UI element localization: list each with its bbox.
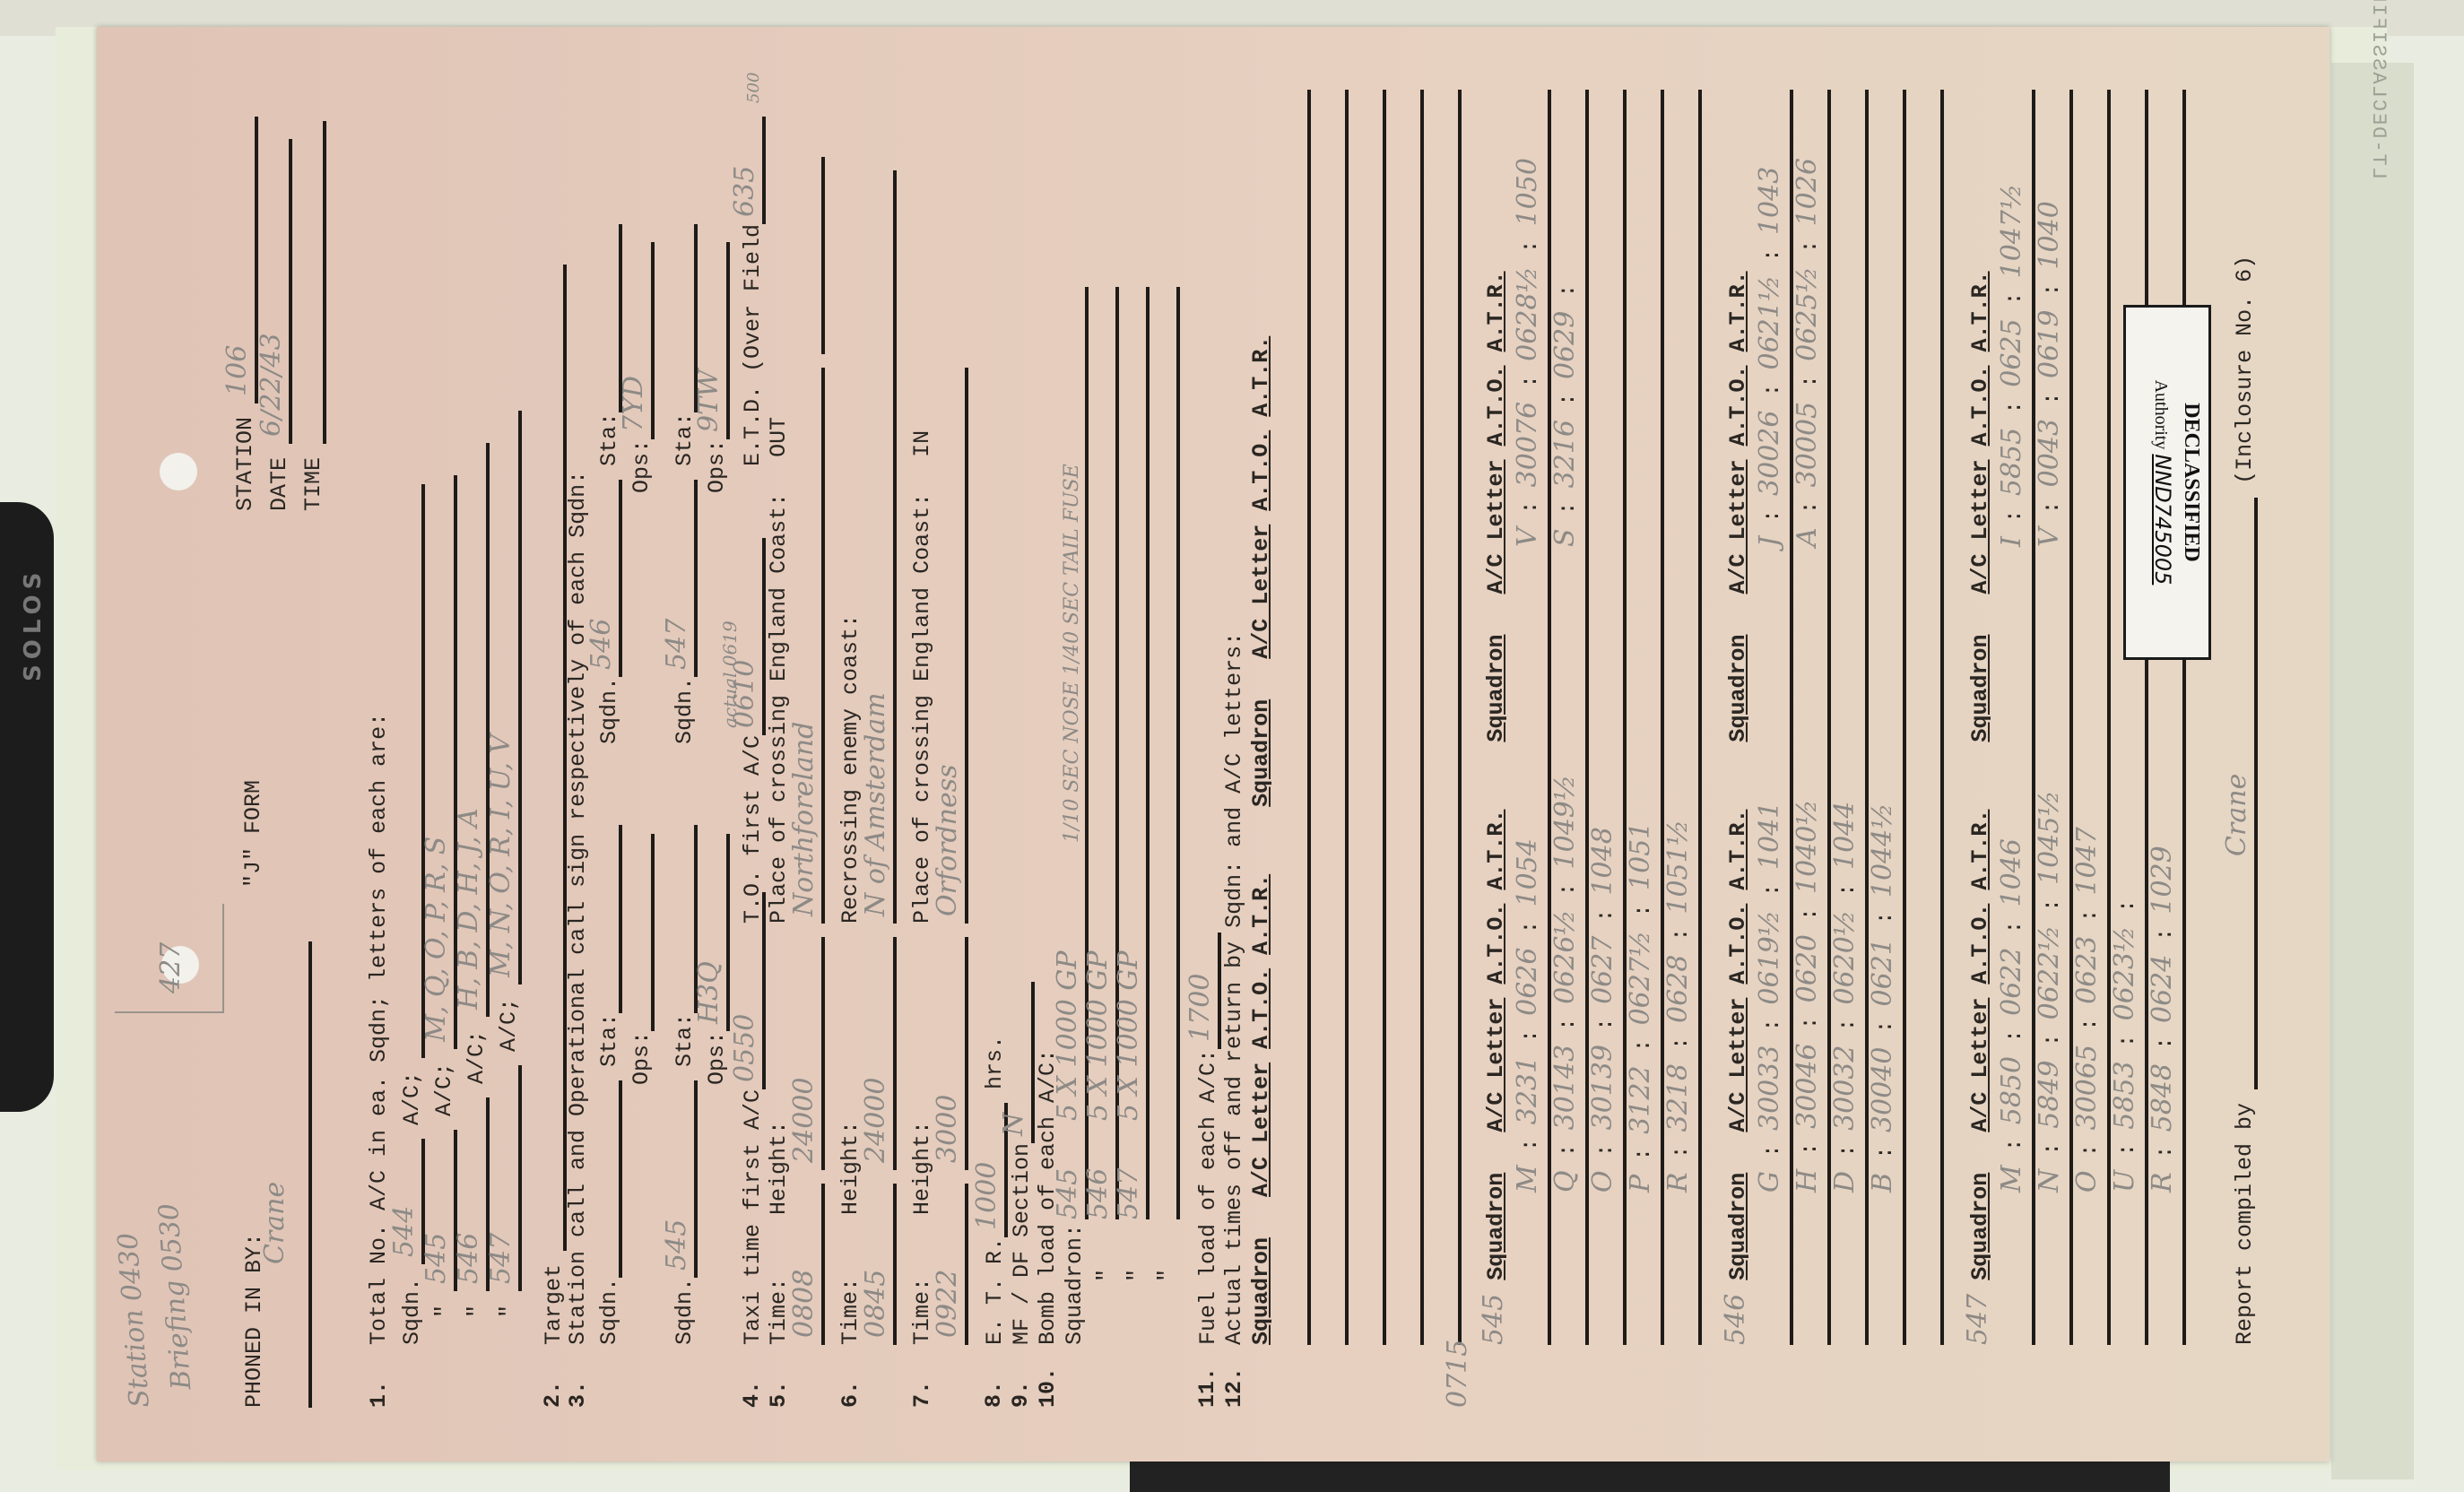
item-number: 3. [565,1381,591,1408]
report-compiled-field[interactable]: Report compiled by Crane (Inclosure No. … [2231,256,2258,1345]
item-number: 10. [1035,1367,1061,1408]
table-row[interactable]: Q : 30143 : 0626½ : 1049½ [1549,775,1589,1193]
table-row[interactable]: B : 30040 : 0621 : 1044½ [1867,803,1906,1193]
margin-box: 427 [115,904,224,1013]
table-rule [2145,90,2148,1345]
table-row[interactable]: V : 0043 : 0619 : 1040 [2034,201,2073,547]
table-row[interactable]: I : 5855 : 0625 : 1047½ [1996,184,2035,547]
table-rule [1940,90,1944,1345]
bomb-load-row[interactable]: " 5465 X 1000 GP [1092,287,1119,1282]
item-number: 12. [1221,1367,1247,1408]
item-3-label: Station call and Operational call sign r… [565,471,591,1345]
crossing-out-values[interactable]: 0808 24000 Northforeland [798,157,825,1345]
item-1-row[interactable]: " 547 A/C; M, N, O, R, I, U, V [495,411,522,1318]
times-table-header: 547 Squadron A/C Letter A.T.O. A.T.R. Sq… [1962,271,1993,1345]
margin-note: 0715 [1442,1340,2328,1408]
table-rule [1623,90,1627,1345]
table-rule [1420,90,1424,1345]
table-row[interactable]: M : 3231 : 0626 : 1054 [1512,838,1551,1193]
call-sign-entry[interactable]: Sqdn.545 Sta: [671,825,698,1345]
etr-field[interactable]: E. T. R.1000 hrs. [981,1036,1008,1345]
item-number: 9. [1008,1381,1034,1408]
recrossing-values[interactable]: 0845 24000 N of Amsterdam [870,170,897,1345]
table-row[interactable]: A : 30005 : 0625½ : 1026 [1792,158,1831,547]
table-rule [2032,90,2035,1345]
call-sign-entry[interactable]: Sqdn.546 Sta: [595,224,622,744]
camera-label: SOLOS [20,568,47,681]
bomb-load-squadron-label: Squadron: [1062,1224,1088,1345]
call-sign-entry[interactable]: Sqdn. Sta: [595,825,622,1345]
table-rule [1345,90,1349,1345]
item-12-label: Actual times off and return by Sqdn: and… [1221,632,1247,1345]
table-row[interactable]: H : 30046 : 0620 : 1040½ [1792,800,1831,1193]
table-row[interactable]: V : 30076 : 0628½ : 1050 [1512,158,1551,547]
table-rule [1307,90,1311,1345]
table-row[interactable]: D : 30032 : 0620½ : 1044 [1829,802,1869,1193]
phoned-in-by-field[interactable]: Crane [285,941,312,1408]
date-field[interactable]: DATE 6/22/43 [265,139,292,511]
table-rule [1661,90,1664,1345]
table-rule [2182,90,2186,1345]
table-row[interactable]: S : 3216 : 0629 : [1549,284,1589,547]
table-rule [1698,90,1702,1345]
stamp-title: DECLASSIFIED [2179,308,2203,657]
fuel-load-field[interactable]: Fuel load of each A/C:1700 [1194,932,1221,1345]
folder-strip [2331,63,2414,1479]
table-row[interactable]: N : 5849 : 0622½ : 1045½ [2034,790,2073,1193]
table-rule [2107,90,2111,1345]
table-row[interactable]: U : 5853 : 0623½ : [2109,899,2148,1193]
ops-field[interactable]: Ops:7YD [628,242,655,493]
margin-note: Station 0430 [112,1232,156,1409]
table-rule [1827,90,1831,1345]
folder-strip-text: LT-DECLASSIFIED THAT INFORMATION RELATIV… [2367,0,2390,179]
times-table-header: Squadron A/C Letter A.T.O. A.T.R. Squadr… [1248,336,1274,1345]
table-rule [1585,90,1589,1345]
table-rule [1548,90,1551,1345]
declassified-stamp: DECLASSIFIED Authority NND745005 [2123,305,2211,660]
mfdf-field[interactable]: MF / DF SectionN [1008,982,1035,1345]
crossing-in-values[interactable]: 0922 3000 Orfordness [941,368,968,1345]
item-number: 1. [366,1381,392,1408]
ops-field[interactable]: Ops:H3Q [703,834,730,1085]
table-row[interactable]: P : 3122 : 0627½ : 1051 [1625,822,1664,1193]
etd-field[interactable]: E.T.D. (Over Field635 500 [739,73,766,466]
table-rule [1903,90,1906,1345]
table-rule [1383,90,1386,1345]
item-number: 6. [837,1381,863,1408]
table-row[interactable]: J : 30026 : 0621½ : 1043 [1754,167,1793,547]
time-field[interactable]: TIME [299,121,326,511]
table-row[interactable]: G : 30033 : 0619½ : 1041 [1754,802,1793,1193]
item-number: 5. [766,1381,792,1408]
margin-note: Briefing 0530 [153,1202,197,1391]
table-rule [2069,90,2073,1345]
times-table-header: 545 Squadron A/C Letter A.T.O. A.T.R. Sq… [1478,271,1509,1345]
ops-field[interactable]: Ops:9TW [703,242,730,493]
bomb-load-row[interactable]: " [1153,287,1180,1282]
takeoff-field[interactable]: T.O. first A/C0610actual 0619 [739,538,766,924]
bomb-load-row[interactable]: " 5475 X 1000 GP [1123,287,1150,1282]
taxi-time-field[interactable]: Taxi time first A/C0550 [739,892,766,1345]
station-field[interactable]: STATION 106 [231,117,258,511]
item-number: 2. [540,1381,566,1408]
target-field[interactable]: Target [540,265,567,1345]
table-rule [1790,90,1793,1345]
table-row[interactable]: R : 5848 : 0624 : 1029 [2147,846,2186,1193]
form-title: "J" FORM [240,780,266,888]
table-row[interactable]: R : 3218 : 0628 : 1051½ [1662,820,1702,1193]
table-row[interactable]: M : 5850 : 0622 : 1046 [1996,838,2035,1193]
stamp-authority: Authority NND745005 [2150,308,2175,657]
item-number: 11. [1194,1367,1220,1408]
table-row[interactable]: O : 30065 : 0623 : 1047 [2071,827,2111,1193]
table-rule [1458,90,1462,1345]
item-number: 8. [981,1381,1007,1408]
item-number: 7. [909,1381,935,1408]
table-rule [1865,90,1869,1345]
table-row[interactable]: O : 30139 : 0627 : 1048 [1587,827,1627,1193]
j-form-page: Station 0430 Briefing 0530 427 PHONED IN… [97,27,2330,1462]
ops-field[interactable]: Ops: [628,834,655,1085]
item-number: 4. [739,1381,765,1408]
times-table-header: 546 Squadron A/C Letter A.T.O. A.T.R. Sq… [1720,271,1751,1345]
call-sign-entry[interactable]: Sqdn.547 Sta: [671,224,698,744]
